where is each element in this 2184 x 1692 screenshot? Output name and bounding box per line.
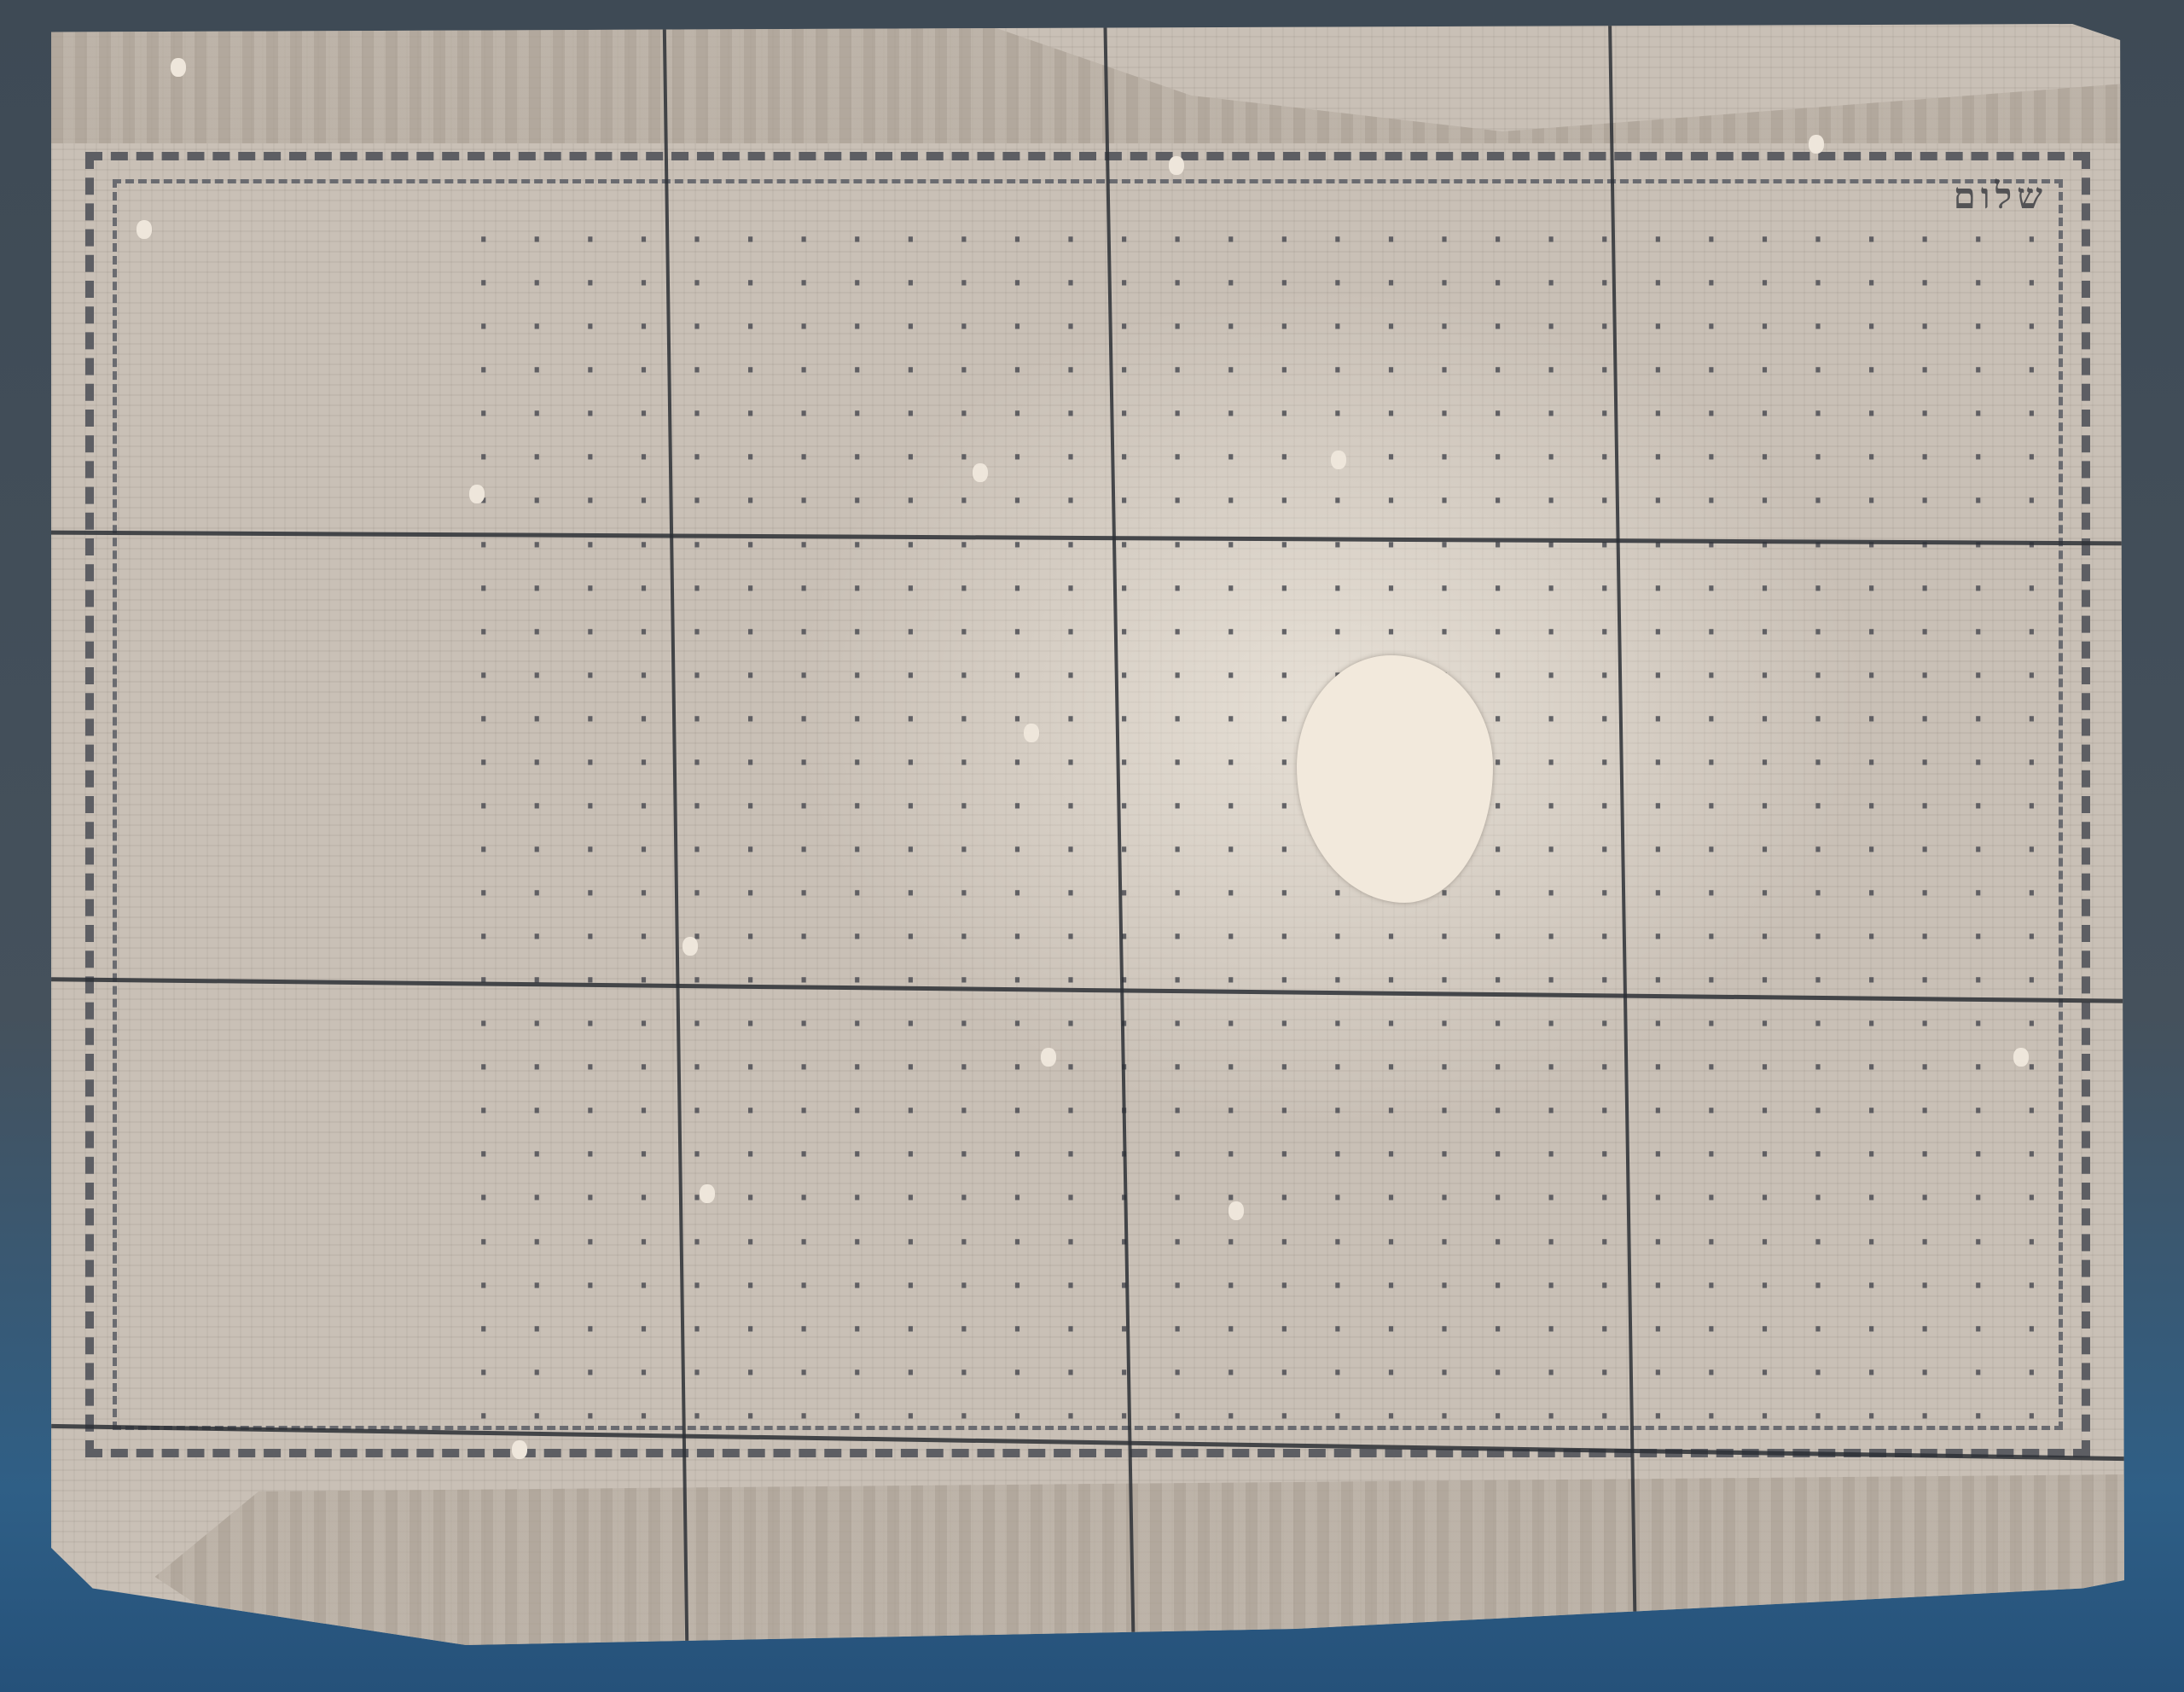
- inscription-line: · · · · · · · · · · · · · · · · · · · · …: [119, 1354, 2047, 1388]
- inscription-line: · · · · · · · · · · · · · · · · · · · · …: [119, 657, 2047, 691]
- mosaic-slab: שלום· · · · · · · · · · · · · · · · · · …: [51, 24, 2124, 1645]
- mounting-plug: [1228, 1201, 1244, 1220]
- mounting-plug: [1041, 1048, 1056, 1067]
- mounting-plug: [700, 1184, 715, 1203]
- mounting-plug: [1169, 156, 1184, 175]
- inscription-line: · · · · · · · · · · · · · · · · · · · · …: [119, 918, 2047, 952]
- inscription-line: · · · · · · · · · · · · · · · · · · · · …: [119, 1136, 2047, 1170]
- inscription-line: · · · · · · · · · · · · · · · · · · · · …: [119, 613, 2047, 648]
- inscription-line: · · · · · · · · · · · · · · · · · · · · …: [119, 1179, 2047, 1213]
- inscription-line: · · · · · · · · · · · · · · · · · · · · …: [119, 221, 2047, 255]
- inscription-line: · · · · · · · · · · · · · · · · · · · · …: [119, 482, 2047, 516]
- mounting-plug: [1331, 451, 1346, 469]
- inscription-line: · · · · · · · · · · · · · · · · · · · · …: [119, 962, 2047, 996]
- inscription-line: · · · · · · · · · · · · · · · · · · · · …: [119, 526, 2047, 561]
- inscription-line: · · · · · · · · · · · · · · · · · · · · …: [119, 1267, 2047, 1301]
- inscription-line: · · · · · · · · · · · · · · · · · · · · …: [119, 701, 2047, 735]
- inscription-line: · · · · · · · · · · · · · · · · · · · · …: [119, 1092, 2047, 1126]
- inscription-line: · · · · · · · · · · · · · · · · · · · · …: [119, 1398, 2047, 1432]
- mounting-plug: [1024, 724, 1039, 742]
- inscription-line: · · · · · · · · · · · · · · · · · · · · …: [119, 570, 2047, 604]
- inscription-line: · · · · · · · · · · · · · · · · · · · · …: [119, 1005, 2047, 1039]
- mounting-plug: [973, 463, 988, 482]
- inscription-line: · · · · · · · · · · · · · · · · · · · · …: [119, 265, 2047, 299]
- mounting-plug: [136, 220, 152, 239]
- mounting-plug: [512, 1440, 527, 1459]
- mounting-plug: [1809, 135, 1824, 154]
- mounting-plug: [2013, 1048, 2029, 1067]
- inscription-line: · · · · · · · · · · · · · · · · · · · · …: [119, 1224, 2047, 1258]
- top-frieze-fragment: [51, 24, 2124, 143]
- mounting-plug: [682, 937, 698, 956]
- bottom-frieze-fragment: [51, 1474, 2124, 1645]
- inscription-line: · · · · · · · · · · · · · · · · · · · · …: [119, 395, 2047, 429]
- mounting-plug: [469, 485, 485, 503]
- inscription-line: · · · · · · · · · · · · · · · · · · · · …: [119, 439, 2047, 473]
- inscription-line: · · · · · · · · · · · · · · · · · · · · …: [119, 1311, 2047, 1345]
- inscription-line: · · · · · · · · · · · · · · · · · · · · …: [119, 1049, 2047, 1083]
- inscription-line: · · · · · · · · · · · · · · · · · · · · …: [119, 352, 2047, 386]
- inscription-line: · · · · · · · · · · · · · · · · · · · · …: [119, 875, 2047, 909]
- inscription-line: · · · · · · · · · · · · · · · · · · · · …: [119, 831, 2047, 865]
- inscription-text: שלום· · · · · · · · · · · · · · · · · · …: [119, 177, 2047, 1432]
- inscription-line: · · · · · · · · · · · · · · · · · · · · …: [119, 308, 2047, 342]
- inscription-line: שלום: [119, 177, 2047, 212]
- museum-wall: שלום· · · · · · · · · · · · · · · · · · …: [0, 0, 2184, 1692]
- inscription-line: · · · · · · · · · · · · · · · · · · · · …: [119, 788, 2047, 822]
- mounting-plug: [171, 58, 186, 77]
- inscription-line: · · · · · · · · · · · · · · · · · · · · …: [119, 744, 2047, 778]
